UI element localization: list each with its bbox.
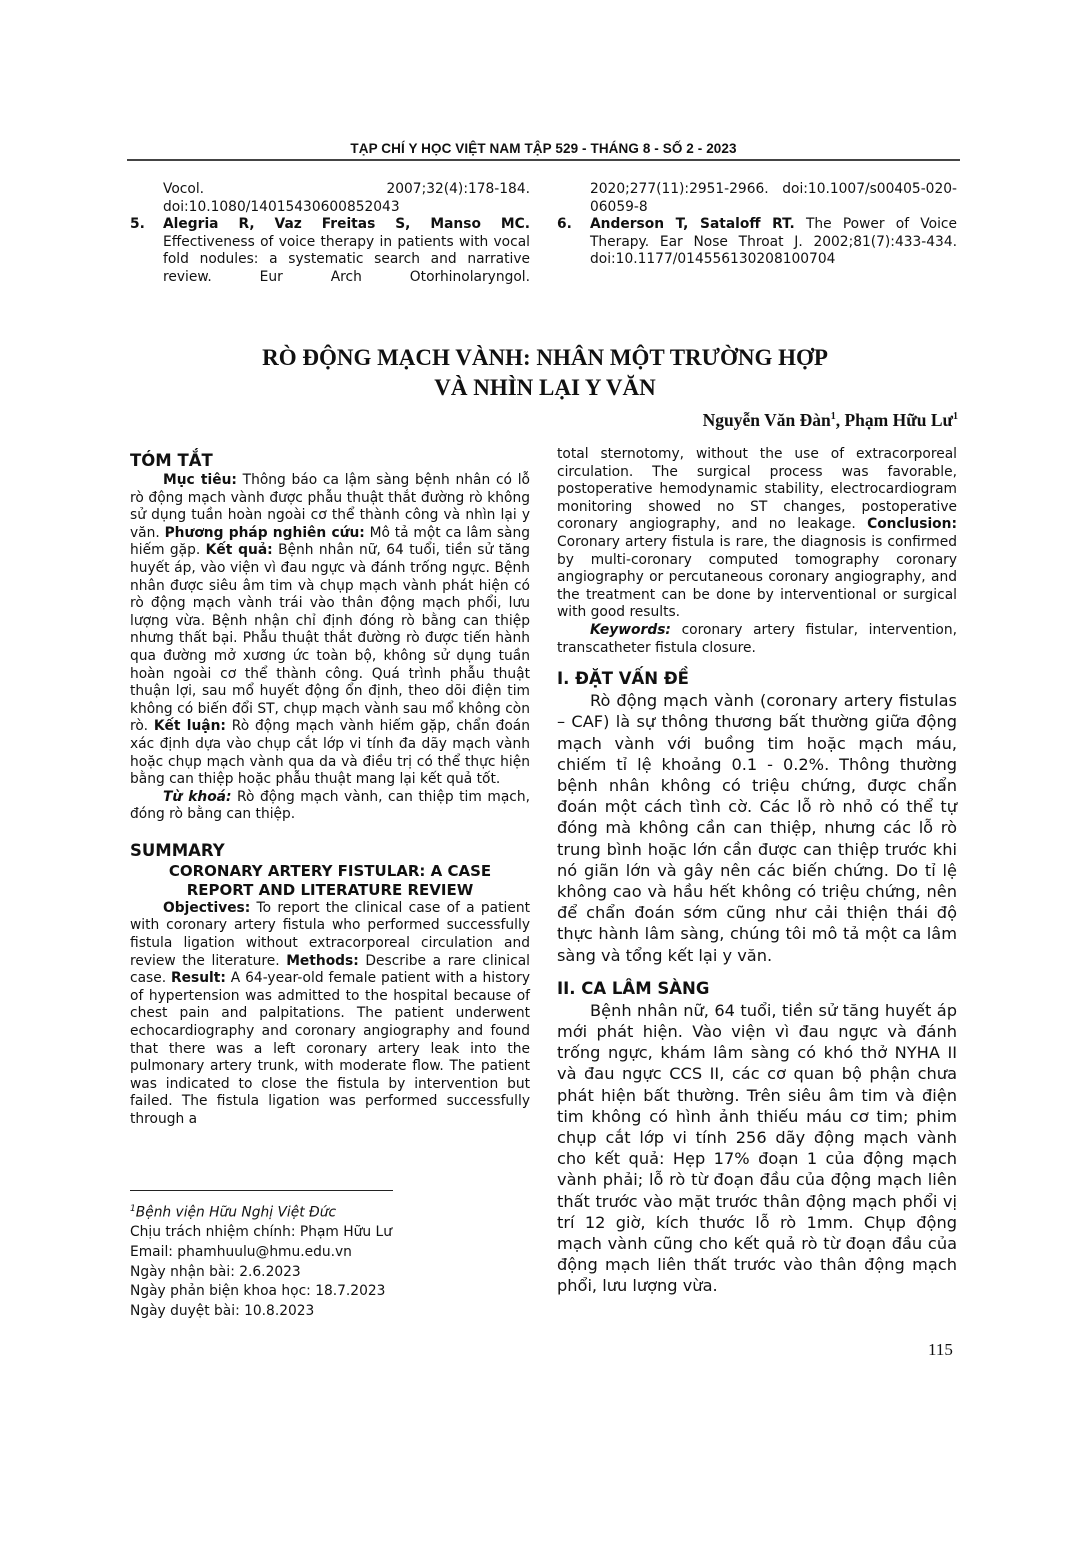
affiliation: 1Bệnh viện Hữu Nghị Việt Đức — [130, 1200, 392, 1223]
footnote-rule — [130, 1190, 393, 1191]
section-2-heading: II. CA LÂM SÀNG — [557, 978, 957, 1000]
author-1: Nguyễn Văn Đàn — [703, 410, 831, 430]
date-accepted: Ngày duyệt bài: 10.8.2023 — [130, 1302, 392, 1322]
date-reviewed: Ngày phản biện khoa học: 18.7.2023 — [130, 1282, 392, 1302]
abstract-vi-heading: TÓM TẮT — [130, 450, 530, 472]
left-column: TÓM TẮT Mục tiêu: Thông báo ca lậm sàng … — [130, 450, 530, 1129]
summary-body-continued: total sternotomy, without the use of ext… — [557, 446, 957, 622]
email: Email: phamhuulu@hmu.edu.vn — [130, 1243, 392, 1263]
ref5-text: Effectiveness of voice therapy in patien… — [163, 234, 530, 285]
section-1-body: Rò động mạch vành (coronary artery fistu… — [557, 690, 957, 966]
references-left: Vocol. 2007;32(4):178-184. doi:10.1080/1… — [130, 181, 530, 287]
abstract-vi-keywords: Từ khoá: Rò động mạch vành, can thiệp ti… — [130, 789, 530, 824]
ref-continuation-right: 2020;277(11):2951-2966. doi:10.1007/s004… — [557, 181, 957, 216]
summary-title: CORONARY ARTERY FISTULAR: A CASE REPORT … — [130, 862, 530, 900]
ref-continuation-doi: doi:10.1080/14015430600852043 — [130, 199, 530, 217]
right-column: total sternotomy, without the use of ext… — [557, 446, 957, 1297]
reference-6: 6. Anderson T, Sataloff RT. The Power of… — [557, 216, 957, 269]
journal-header: TẠP CHÍ Y HỌC VIỆT NAM TẬP 529 - THÁNG 8… — [127, 141, 960, 156]
ref5-authors: Alegria R, Vaz Freitas S, Manso MC. — [163, 216, 530, 232]
summary-body: Objectives: To report the clinical case … — [130, 900, 530, 1129]
summary-heading: SUMMARY — [130, 840, 530, 862]
abstract-vi-body: Mục tiêu: Thông báo ca lậm sàng bệnh nhâ… — [130, 472, 530, 789]
section-1-heading: I. ĐẶT VẤN ĐỀ — [557, 668, 957, 690]
summary-keywords: Keywords: coronary artery fistular, inte… — [557, 622, 957, 657]
authors: Nguyễn Văn Đàn1, Phạm Hữu Lư1 — [703, 410, 958, 431]
date-received: Ngày nhận bài: 2.6.2023 — [130, 1263, 392, 1283]
article-title: RÒ ĐỘNG MẠCH VÀNH: NHÂN MỘT TRƯỜNG HỢP V… — [200, 343, 890, 403]
author-2: Phạm Hữu Lư — [844, 410, 953, 430]
page-number: 115 — [928, 1340, 953, 1360]
reference-5: 5. Alegria R, Vaz Freitas S, Manso MC. E… — [130, 216, 530, 286]
footnote: 1Bệnh viện Hữu Nghị Việt Đức Chịu trách … — [130, 1200, 392, 1322]
corresponding-author: Chịu trách nhiệm chính: Phạm Hữu Lư — [130, 1223, 392, 1243]
references-right: 2020;277(11):2951-2966. doi:10.1007/s004… — [557, 181, 957, 269]
ref-continuation-line1: Vocol. 2007;32(4):178-184. — [130, 181, 530, 199]
ref6-authors: Anderson T, Sataloff RT. — [590, 216, 795, 232]
section-2-body: Bệnh nhân nữ, 64 tuổi, tiền sử tăng huyế… — [557, 1000, 957, 1297]
header-rule — [127, 159, 960, 161]
